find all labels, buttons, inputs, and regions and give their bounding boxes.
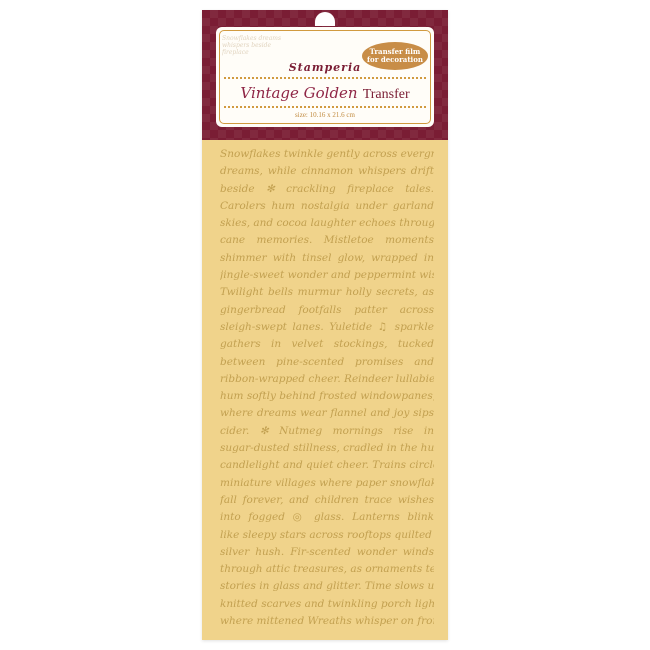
script-line: gathers in velvet stockings, tucked — [220, 336, 434, 353]
script-line: knitted scarves and twinkling porch ligh… — [220, 596, 434, 613]
script-line: where mittened Wreaths whisper on front — [220, 613, 434, 630]
brand-logo: Stamperia — [216, 61, 434, 74]
script-line: miniature villages where paper snowflake… — [220, 475, 434, 492]
script-line: Carolers hum nostalgia under garland — [220, 198, 434, 215]
script-line: beside ✻ crackling fireplace tales. — [220, 181, 434, 198]
script-line: fall forever, and children trace wishes — [220, 492, 434, 509]
script-line: where dreams wear flannel and joy sips — [220, 405, 434, 422]
product-title: Vintage Golden Transfer — [216, 83, 434, 103]
script-line: Twilight bells murmur holly secrets, as — [220, 284, 434, 301]
script-line: gingerbread footfalls patter across — [220, 302, 434, 319]
package-header: Snowflakes dreams whispers beside firepl… — [202, 10, 448, 140]
script-line: cider. ✻ Nutmeg mornings rise in — [220, 423, 434, 440]
script-line: candlelight and quiet cheer. Trains circ… — [220, 457, 434, 474]
script-text-block: Snowflakes twinkle gently across evergre… — [220, 146, 434, 630]
script-line: between pine-scented promises and — [220, 354, 434, 371]
script-line: into fogged ◎ glass. Lanterns blink — [220, 509, 434, 526]
script-line: dreams, while cinnamon whispers drift — [220, 163, 434, 180]
transfer-sheet: Snowflakes twinkle gently across evergre… — [202, 140, 448, 640]
script-line: Snowflakes twinkle gently across evergre… — [220, 146, 434, 163]
script-line: like sleepy stars across rooftops quilte… — [220, 527, 434, 544]
script-line: shimmer with tinsel glow, wrapped in — [220, 250, 434, 267]
hang-hole — [315, 12, 335, 26]
script-line: jingle-sweet wonder and peppermint wishe… — [220, 267, 434, 284]
label-card: Snowflakes dreams whispers beside firepl… — [216, 27, 434, 127]
dotted-divider — [224, 106, 426, 108]
script-line: ribbon-wrapped cheer. Reindeer lullabies — [220, 371, 434, 388]
transfer-product: Snowflakes dreams whispers beside firepl… — [202, 10, 448, 640]
script-line: skies, and cocoa laughter echoes through… — [220, 215, 434, 232]
script-line: through attic treasures, as ornaments te… — [220, 561, 434, 578]
script-line: cane memories. Mistletoe moments — [220, 232, 434, 249]
size-label: size: 10.16 x 21.6 cm — [216, 111, 434, 119]
script-line: silver hush. Fir-scented wonder winds — [220, 544, 434, 561]
dotted-divider — [224, 77, 426, 79]
script-line: stories in glass and glitter. Time slows… — [220, 578, 434, 595]
title-script: Vintage Golden — [240, 84, 357, 102]
title-plain: Transfer — [363, 87, 410, 102]
script-line: hum softly behind frosted windowpanes, — [220, 388, 434, 405]
script-line: sugar-dusted stillness, cradled in the h… — [220, 440, 434, 457]
script-line: sleigh-swept lanes. Yuletide ♫ sparkle — [220, 319, 434, 336]
